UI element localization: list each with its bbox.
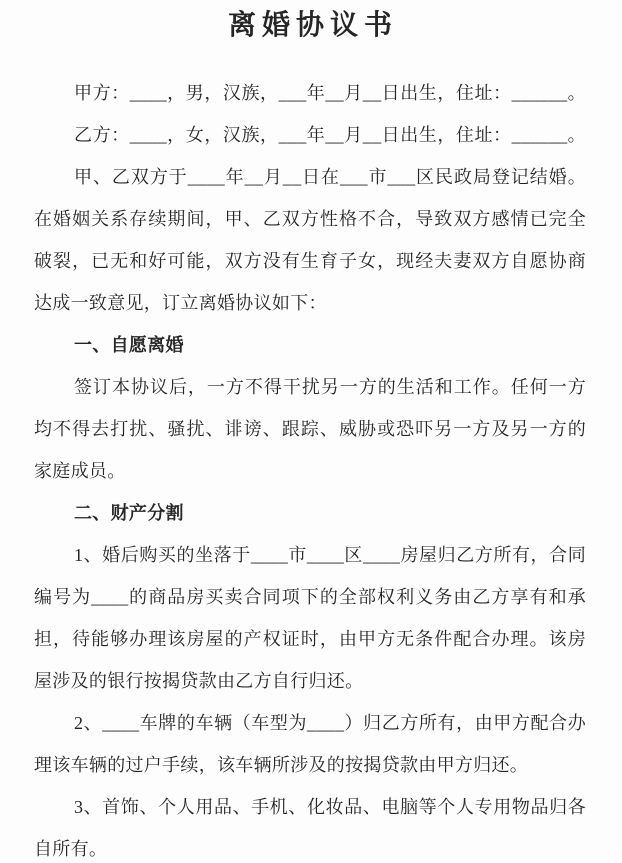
- paragraph-intro: 甲、乙双方于____年__月__日在___市___区民政局登记结婚。在婚姻关系存…: [34, 156, 586, 324]
- document-page: 离婚协议书 甲方：____，男，汉族，___年__月__日出生，住址：_____…: [0, 0, 622, 863]
- text-line: 家庭成员。: [34, 450, 586, 492]
- text-line: 自所有。: [34, 828, 586, 863]
- text-line: 理该车辆的过户手续，该车辆所涉及的按揭贷款由甲方归还。: [34, 744, 586, 786]
- text-line: 担，待能够办理该房屋的产权证时，由甲方无条件配合办理。该房: [34, 618, 586, 660]
- paragraph-party-b: 乙方：____，女，汉族，___年__月__日出生，住址：______。: [34, 114, 586, 156]
- text-line: 乙方：____，女，汉族，___年__月__日出生，住址：______。: [34, 114, 586, 156]
- text-line: 在婚姻关系存续期间，甲、乙双方性格不合，导致双方感情已完全: [34, 198, 586, 240]
- paragraph-heading-2: 二、财产分割: [34, 492, 586, 534]
- text-line: 3、首饰、个人用品、手机、化妆品、电脑等个人专用物品归各: [34, 786, 586, 828]
- paragraph-clause-2-3: 3、首饰、个人用品、手机、化妆品、电脑等个人专用物品归各自所有。: [34, 786, 586, 863]
- document-title: 离婚协议书: [34, 0, 586, 52]
- paragraph-party-a: 甲方：____，男，汉族，___年__月__日出生，住址：______。: [34, 72, 586, 114]
- text-line: 甲方：____，男，汉族，___年__月__日出生，住址：______。: [34, 72, 586, 114]
- text-line: 二、财产分割: [34, 492, 586, 534]
- paragraph-clause-2-2: 2、____车牌的车辆（车型为____）归乙方所有，由甲方配合办理该车辆的过户手…: [34, 702, 586, 786]
- text-line: 签订本协议后，一方不得干扰另一方的生活和工作。任何一方: [34, 366, 586, 408]
- text-line: 2、____车牌的车辆（车型为____）归乙方所有，由甲方配合办: [34, 702, 586, 744]
- text-line: 屋涉及的银行按揭贷款由乙方自行归还。: [34, 660, 586, 702]
- text-line: 达成一致意见，订立离婚协议如下：: [34, 282, 586, 324]
- text-line: 均不得去打扰、骚扰、诽谤、跟踪、威胁或恐吓另一方及另一方的: [34, 408, 586, 450]
- paragraph-heading-1: 一、自愿离婚: [34, 324, 586, 366]
- document-body: 甲方：____，男，汉族，___年__月__日出生，住址：______。乙方：_…: [34, 72, 586, 863]
- paragraph-clause-1-1: 签订本协议后，一方不得干扰另一方的生活和工作。任何一方均不得去打扰、骚扰、诽谤、…: [34, 366, 586, 492]
- text-line: 编号为____的商品房买卖合同项下的全部权利义务由乙方享有和承: [34, 576, 586, 618]
- text-line: 甲、乙双方于____年__月__日在___市___区民政局登记结婚。: [34, 156, 586, 198]
- paragraph-clause-2-1: 1、婚后购买的坐落于____市____区____房屋归乙方所有，合同编号为___…: [34, 534, 586, 702]
- text-line: 一、自愿离婚: [34, 324, 586, 366]
- text-line: 破裂，已无和好可能，双方没有生育子女，现经夫妻双方自愿协商: [34, 240, 586, 282]
- text-line: 1、婚后购买的坐落于____市____区____房屋归乙方所有，合同: [34, 534, 586, 576]
